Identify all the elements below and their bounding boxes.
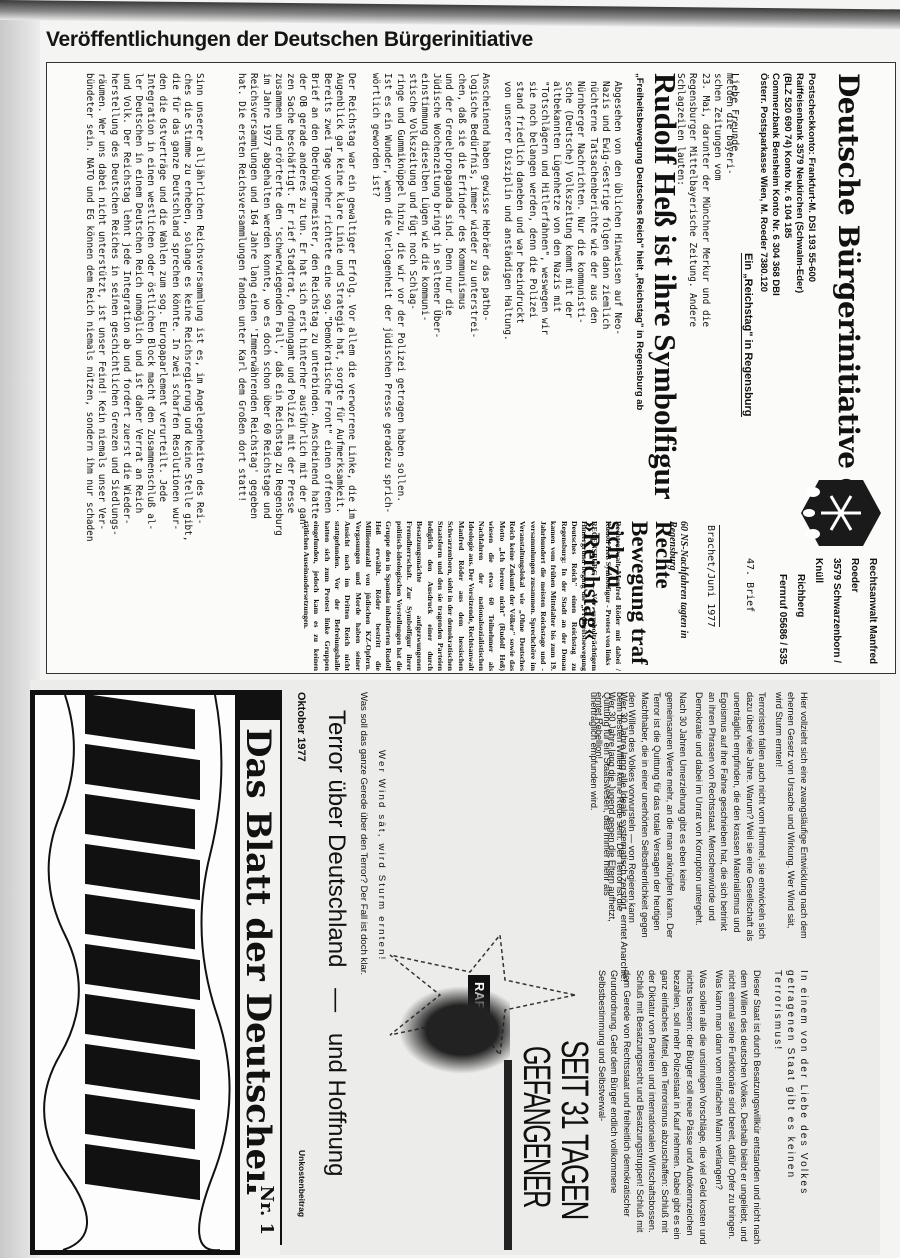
left-paragraph: Terroristen fallen auch nicht vom Himmel… [693,692,769,942]
paragraph: Wer 30 Jahre lang die Jugend gegen die E… [593,692,618,932]
brief-date: Brachet/Juni 1977 [705,525,720,627]
scan-top-shadow [0,0,900,29]
photo-stamp-bar [504,1060,512,1250]
page-title: Veröffentlichungen der Deutschen Bürgeri… [46,28,533,52]
left-column: Hier vollzieht sich eine zwangsläufige E… [588,692,810,942]
headline-dash: — [323,988,350,1012]
sidebar-article: Rechtsanwalt Manfred Röder mit dabei / R… [301,521,623,671]
letterhead-org-name: Deutsche Bürgerinitiative e.V. [832,73,865,530]
letter-paragraph-1: Abgesehen von den üblichen Hinweisen auf… [501,81,623,501]
photo-stamp-prisoner: GEFANGENER [514,1046,557,1207]
paragraph-stack: Wer 30 Jahre lang die Jugend gegen die E… [593,692,618,932]
issue-number: Nr. 1 [256,1180,277,1241]
right-paragraph: Dieser Staat ist durch Besatzungswillkür… [713,970,763,1245]
account-line: (BLZ 520 690 74) Konto Nr. 6 104 185 [781,73,793,296]
sidebar-deck: Rechtsanwalt Manfred Röder mit dabei / R… [602,521,623,671]
marching-columns-illustration [30,690,240,1255]
sender-line: 3579 Schwarzenborn / Knüll [809,558,845,673]
sidebar-body: REGENSBURG — Vor symbolträchtigem Hinter… [301,521,600,671]
right-paragraph: Was sollen alle die unsinnigen Vorschläg… [595,970,708,1245]
portrait-photo [390,980,510,1080]
account-line: Raiffeisenbank 3579 Neukirchen (Schwalm-… [793,73,805,296]
account-line: Österr. Postsparkasse Wien, M. Roeder 73… [757,73,769,296]
newspaper-document: Oktober 1977 Unkostenbeitrag Das Blatt d… [30,680,880,1255]
hexagon-emblem-icon [799,478,883,548]
price-label: Unkostenbeitrag [297,1150,307,1217]
headline-part-2: und Hoffnung [323,1033,350,1177]
clip-kicker: Ein „Reichstag" in Regensburg [741,253,754,417]
sender-line: Rechtsanwalt Manfred Roeder [845,558,881,673]
letter-paragraph-4: Sinn unserer alljährlichen Reichsversamm… [83,73,205,673]
sender-address: Rechtsanwalt Manfred Roeder 3579 Schwarz… [773,558,881,673]
intro-text: Was soll das ganze Gerede über den Terro… [357,692,370,1022]
right-column: In einem von der Liebe des Volkes getrag… [595,970,810,1245]
left-paragraph: Hier vollzieht sich eine zwangsläufige E… [772,692,810,942]
issue-date: Oktober 1977 [295,692,307,762]
clip-lead: melden die bayeri- schen Zeitungen vom 2… [674,73,735,513]
account-line: Postscheckkonto: Frankfurt-M. DSI 193 55… [805,73,817,296]
masthead-title: Das Blatt der Deutschen Bürgerinitiative [236,720,280,1255]
right-callout: In einem von der Liebe des Volkes getrag… [771,970,810,1245]
headline-part-1: Terror über Deutschland [323,710,350,967]
sender-line: Fernruf 05686 / 535 [773,558,791,673]
letterhead-accounts: Postscheckkonto: Frankfurt-M. DSI 193 55… [757,73,817,296]
headline: Terror über Deutschland — und Hoffnung [322,710,350,1177]
main-subheadline: „Freiheitsbewegung Deutsches Reich" hiel… [634,73,645,410]
main-headline: Rudolf Heß ist ihre Symbolfigur [647,73,683,500]
photo-stamp-days: SEIT 31 TAGEN [552,1040,595,1219]
brief-number: 47. Brief [744,558,755,612]
letter-document: Deutsche Bürgerinitiative e.V. Postschec… [46,62,896,674]
account-line: Commerzbank Bensheim Konto Nr. 6 304 368… [769,73,781,296]
sender-line: Richberg [791,558,809,673]
